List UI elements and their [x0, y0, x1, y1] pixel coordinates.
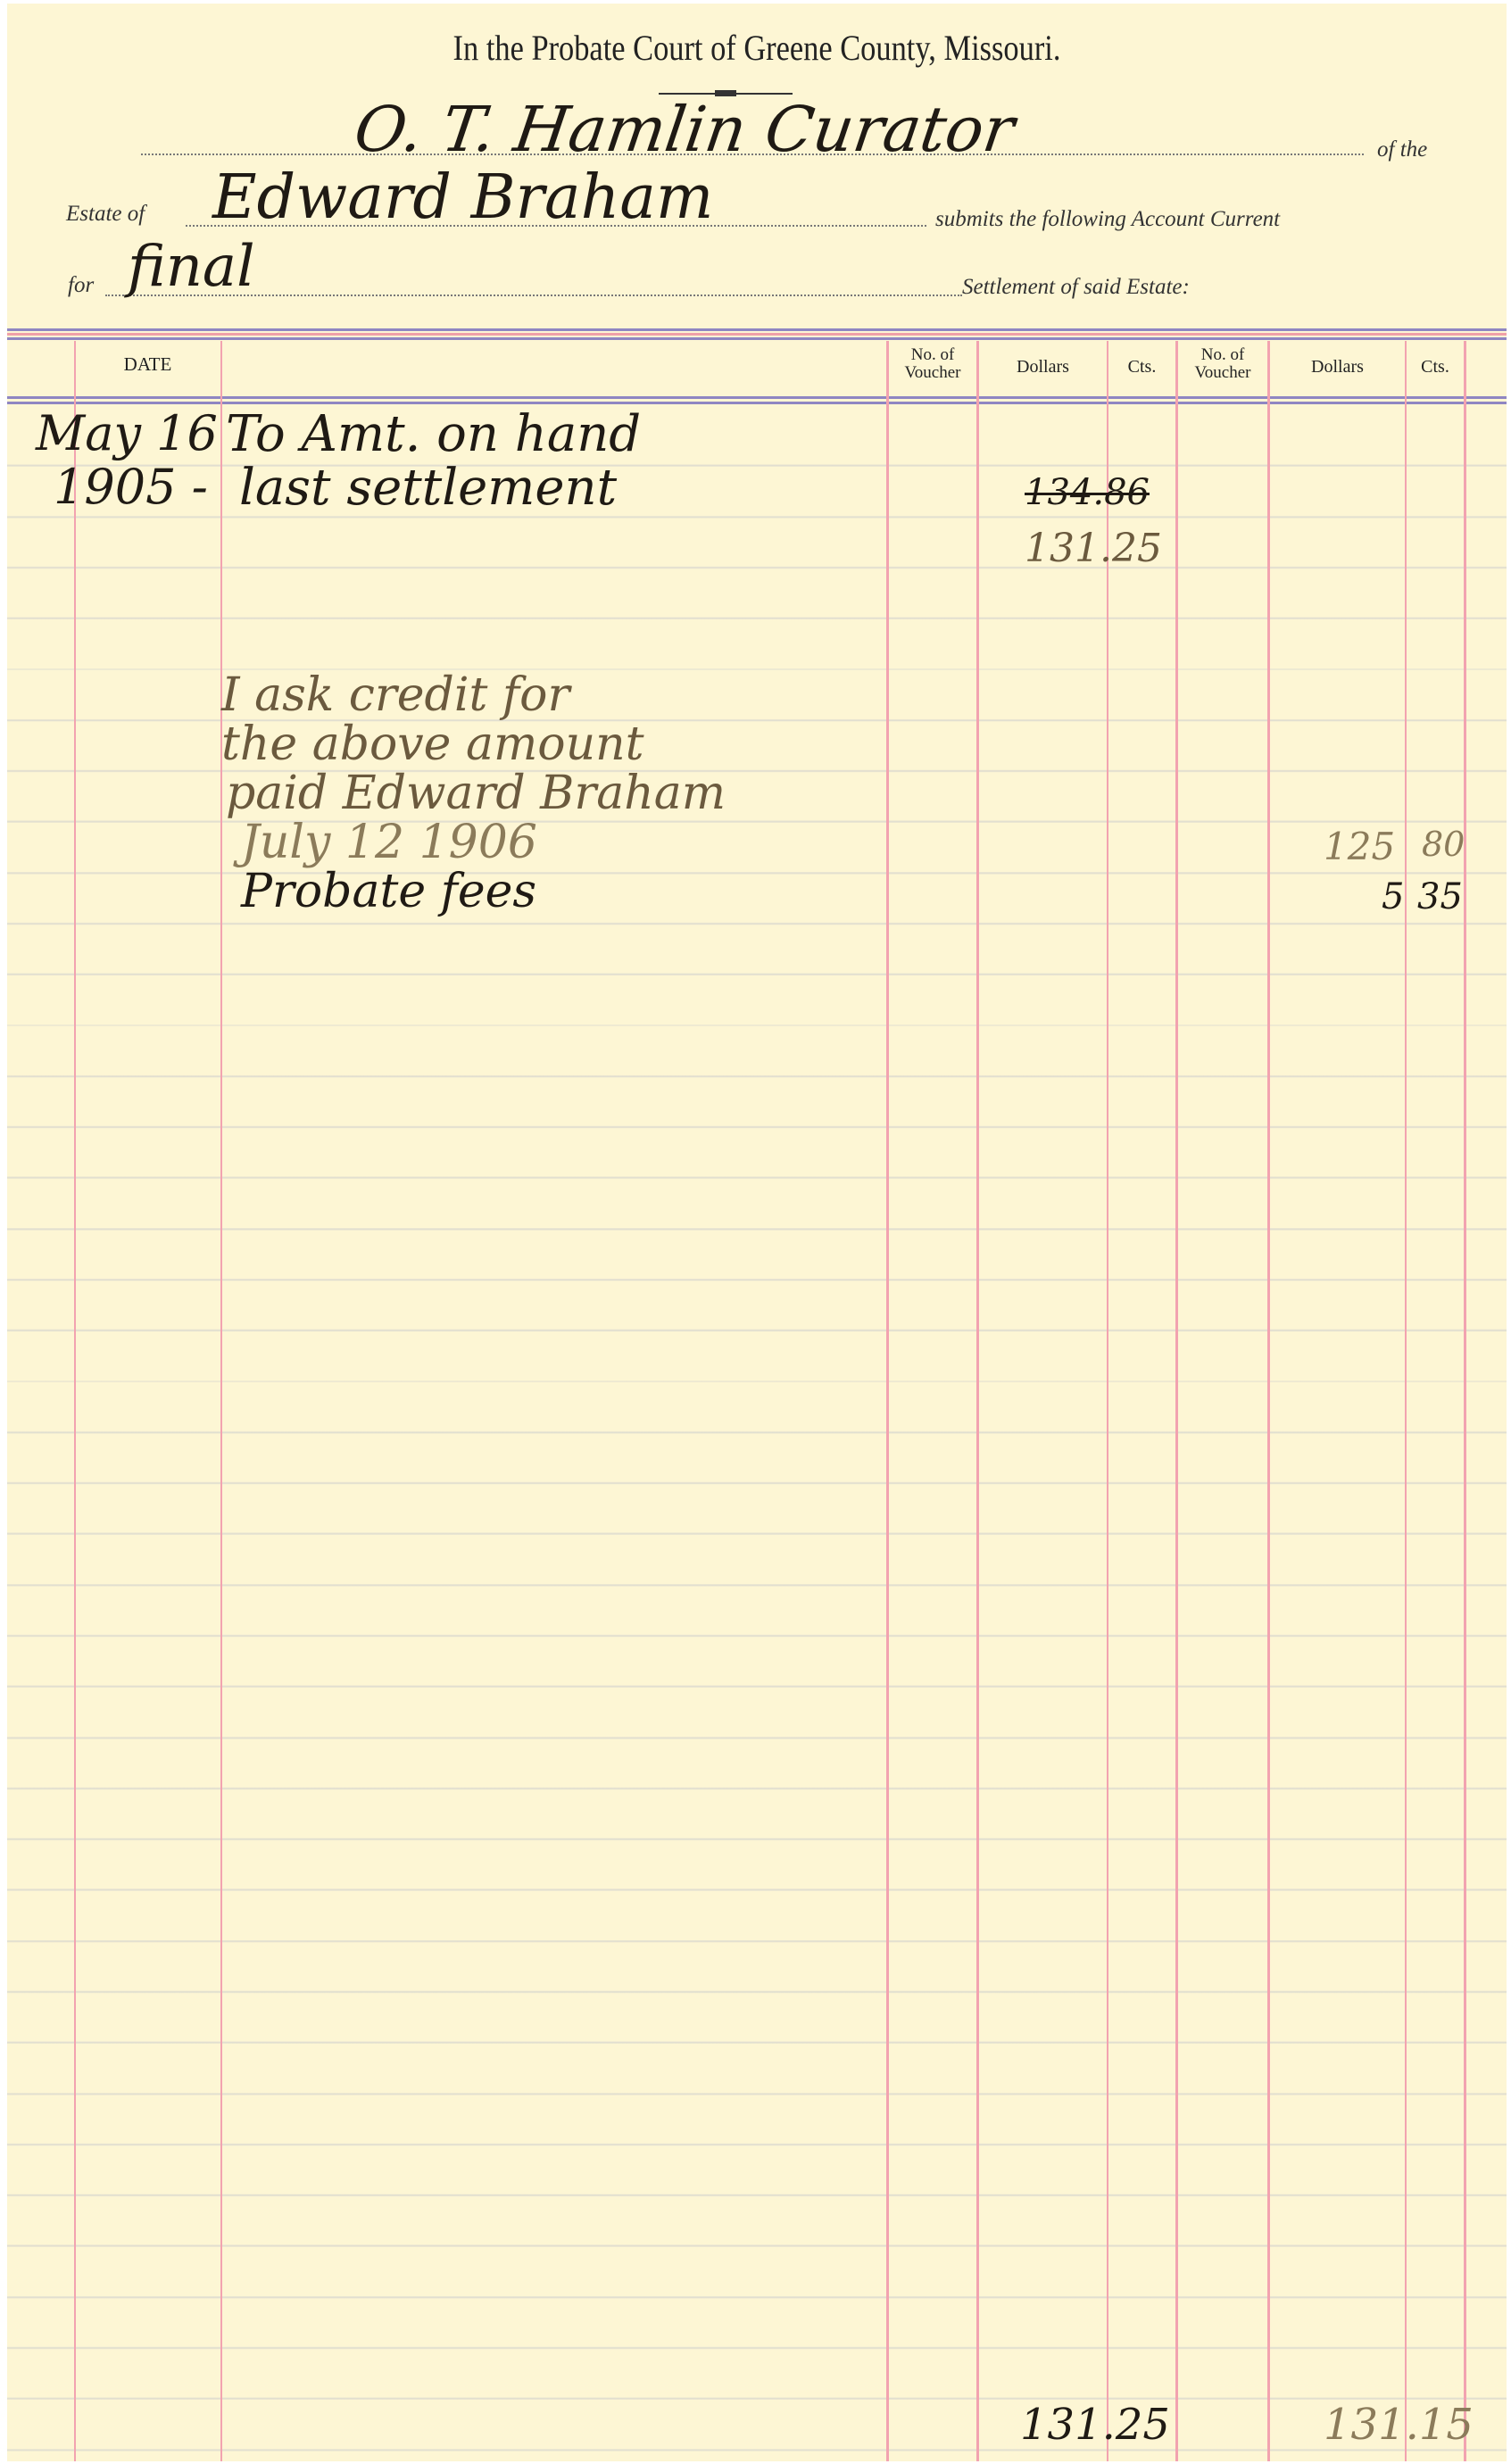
column-header-dollars-debit: Dollars — [979, 358, 1107, 377]
court-title: In the Probate Court of Greene County, M… — [112, 27, 1402, 69]
for-label: for — [68, 273, 94, 298]
submits-label: submits the following Account Current — [935, 207, 1280, 232]
header-top-rule-blue-2 — [7, 337, 1507, 340]
column-header-dollars-credit: Dollars — [1270, 358, 1405, 377]
column-rule — [220, 341, 222, 2461]
entry-date-line2: 1905 - — [54, 459, 208, 515]
header-bottom-rule — [7, 396, 1507, 399]
header-top-rule-red — [7, 333, 1507, 336]
credit-dollars: 5 — [1382, 876, 1404, 917]
column-rule — [1405, 341, 1407, 2461]
credit-note-line: paid Edward Braham — [226, 767, 726, 820]
of-the-label: of the — [1377, 137, 1427, 162]
credit-cents: 35 — [1417, 876, 1463, 917]
entry-debit-struck-amount: 134.86 — [1025, 472, 1150, 513]
entry-debit-amount: 131.25 — [1025, 526, 1162, 571]
column-header-cents-debit: Cts. — [1108, 358, 1175, 377]
header-top-rule-blue — [7, 328, 1507, 331]
entry-date-line1: May 16 — [36, 405, 218, 461]
debit-total: 131.25 — [1020, 2400, 1170, 2450]
column-header-cents-credit: Cts. — [1407, 358, 1464, 377]
administrator-handwriting: O. T. Hamlin Curator — [350, 93, 1018, 166]
credit-dollars: 125 — [1324, 825, 1395, 868]
column-rule — [976, 341, 979, 2461]
entry-description-line1: To Amt. on hand — [226, 405, 641, 463]
header-bottom-rule-2 — [7, 402, 1507, 404]
credit-note-line: the above amount — [221, 718, 643, 771]
settlement-label: Settlement of said Estate: — [962, 275, 1190, 300]
column-rule — [886, 341, 889, 2461]
credit-total: 131.15 — [1324, 2400, 1474, 2450]
column-header-date: DATE — [79, 354, 217, 374]
estate-of-label: Estate of — [66, 202, 145, 227]
column-rule — [1267, 341, 1270, 2461]
credit-note-date: July 12 1906 — [241, 816, 537, 869]
column-rule — [74, 341, 76, 2461]
column-rule — [1107, 341, 1108, 2461]
estate-name-handwriting: Edward Braham — [212, 162, 713, 233]
entry-description-line2: last settlement — [239, 459, 617, 517]
column-header-voucher-credit: No. of Voucher — [1178, 346, 1267, 382]
settlement-type-handwriting: final — [128, 234, 255, 300]
probate-fees-label: Probate fees — [241, 865, 536, 918]
credit-note-line: I ask credit for — [221, 668, 569, 722]
ledger-sheet: In the Probate Court of Greene County, M… — [7, 4, 1507, 2461]
column-rule — [1464, 341, 1466, 2461]
credit-cents: 80 — [1422, 825, 1465, 864]
column-rule — [1175, 341, 1178, 2461]
column-header-voucher-debit: No. of Voucher — [889, 346, 976, 382]
